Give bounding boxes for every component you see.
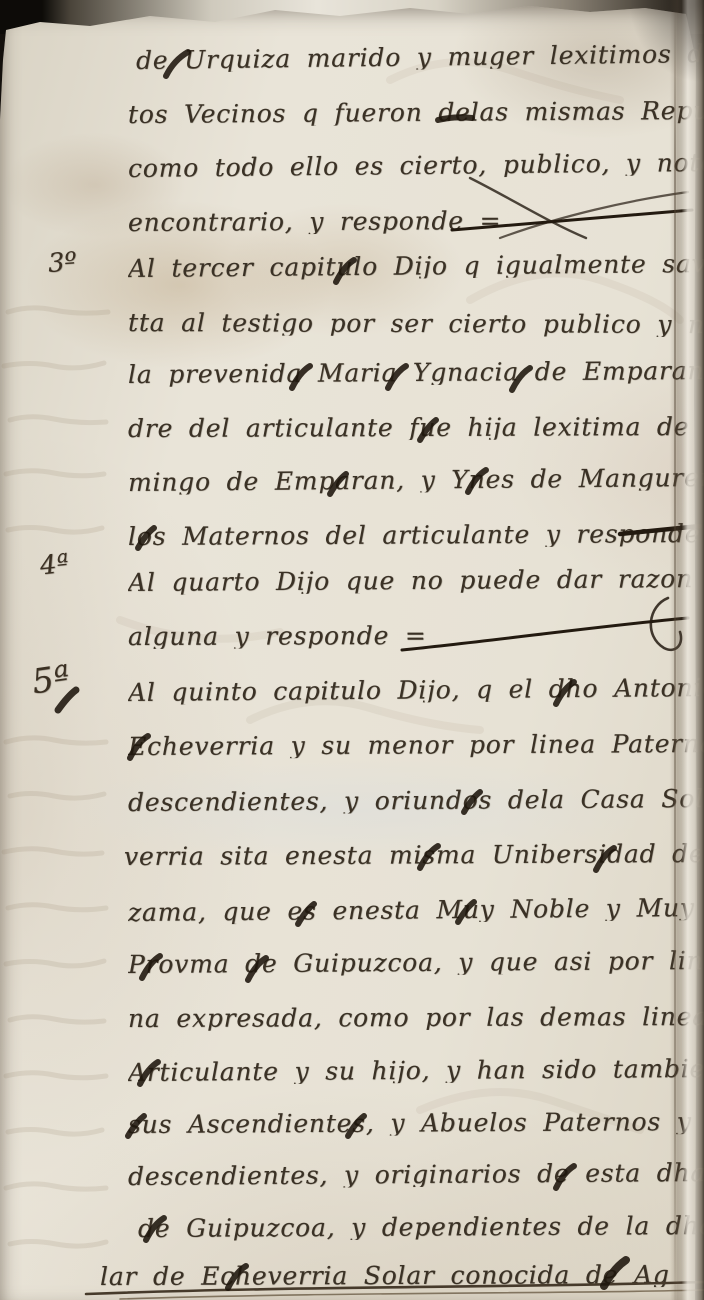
top-right-corner-shadow [614,0,704,120]
ink-flourishes [0,0,704,1300]
page-crease-shadow [674,0,676,1300]
scanned-manuscript-page: de Urquiza marido y muger lexitimos dif … [0,0,704,1300]
bold-capital-strokes [58,52,626,1288]
